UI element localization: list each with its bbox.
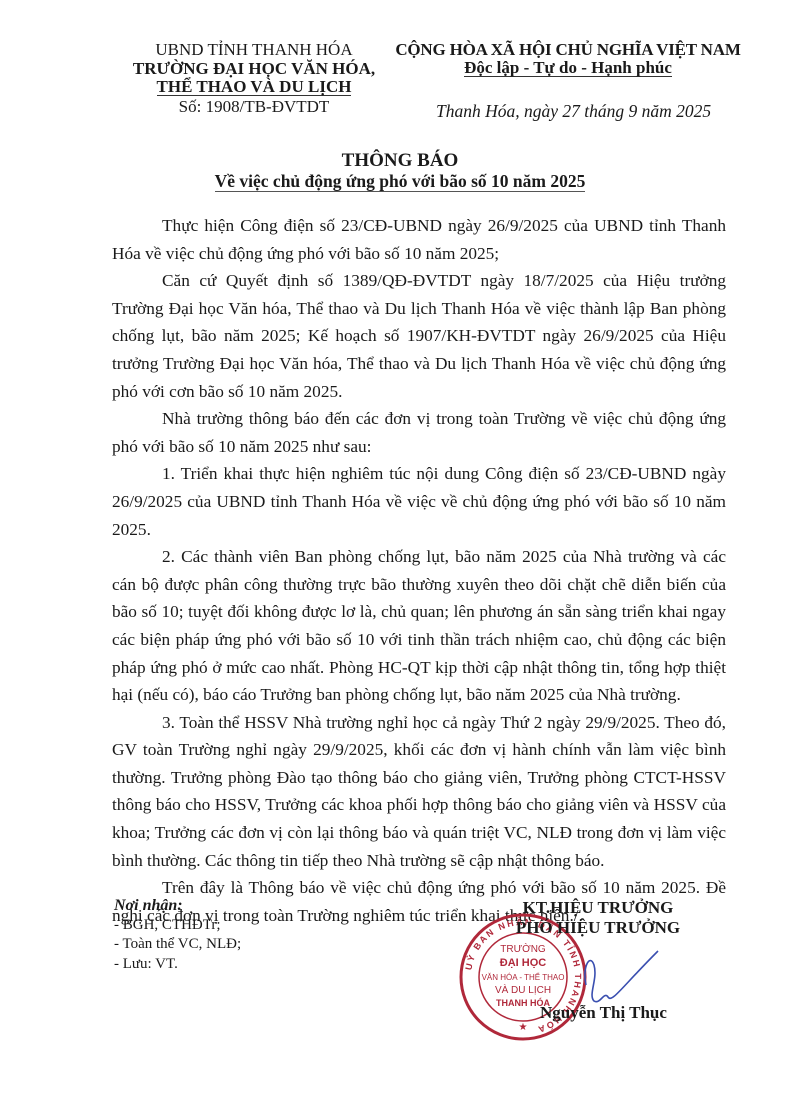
nation-name: CỘNG HÒA XÃ HỘI CHỦ NGHĨA VIỆT NAM — [388, 40, 748, 59]
recipient-item: - BGH, CTHĐTr; — [114, 916, 241, 936]
paragraph-item-2: 2. Các thành viên Ban phòng chống lụt, b… — [112, 543, 726, 709]
svg-text:★: ★ — [519, 1022, 528, 1033]
svg-text:ĐẠI HỌC: ĐẠI HỌC — [500, 957, 547, 969]
document-body: Thực hiện Công điện số 23/CĐ-UBND ngày 2… — [112, 212, 726, 929]
place-and-date: Thanh Hóa, ngày 27 tháng 9 năm 2025 — [436, 101, 711, 122]
document-title: THÔNG BÁO — [0, 150, 800, 172]
svg-text:VÀ DU LỊCH: VÀ DU LỊCH — [495, 983, 551, 996]
paragraph-item-3: 3. Toàn thể HSSV Nhà trường nghỉ học cả … — [112, 709, 726, 875]
signing-capacity: KT.HIỆU TRƯỞNG — [498, 898, 698, 918]
organization-name-line2: THỂ THAO VÀ DU LỊCH — [157, 78, 352, 96]
authority-name: UBND TỈNH THANH HÓA — [104, 40, 404, 59]
national-heading-block: CỘNG HÒA XÃ HỘI CHỦ NGHĨA VIỆT NAM Độc l… — [388, 40, 748, 78]
document-number: Số: 1908/TB-ĐVTDT — [104, 97, 404, 116]
recipients-block: Nơi nhận: - BGH, CTHĐTr; - Toàn thể VC, … — [114, 896, 241, 974]
paragraph-basis: Căn cứ Quyết định số 1389/QĐ-ĐVTDT ngày … — [112, 267, 726, 405]
paragraph-item-1: 1. Triển khai thực hiện nghiêm túc nội d… — [112, 460, 726, 543]
svg-text:VĂN HÓA - THỂ THAO: VĂN HÓA - THỂ THAO — [482, 973, 565, 982]
organization-name-line1: TRƯỜNG ĐẠI HỌC VĂN HÓA, — [104, 59, 404, 78]
signer-name: Nguyễn Thị Thục — [540, 1003, 667, 1023]
paragraph-preamble: Thực hiện Công điện số 23/CĐ-UBND ngày 2… — [112, 212, 726, 267]
paragraph-intro: Nhà trường thông báo đến các đơn vị tron… — [112, 405, 726, 460]
recipients-label: Nơi nhận: — [114, 896, 241, 916]
subtitle-text: Về việc chủ động ứng phó với bão số 10 n… — [215, 171, 586, 192]
signature-block: KT.HIỆU TRƯỞNG PHÓ HIỆU TRƯỞNG — [498, 898, 698, 938]
national-motto: Độc lập - Tự do - Hạnh phúc — [464, 59, 672, 77]
signer-title: PHÓ HIỆU TRƯỞNG — [498, 918, 698, 938]
recipient-item: - Lưu: VT. — [114, 955, 241, 975]
recipient-item: - Toàn thể VC, NLĐ; — [114, 935, 241, 955]
svg-text:TRƯỜNG: TRƯỜNG — [500, 942, 546, 955]
document-subtitle: Về việc chủ động ứng phó với bão số 10 n… — [0, 171, 800, 192]
issuing-authority-block: UBND TỈNH THANH HÓA TRƯỜNG ĐẠI HỌC VĂN H… — [104, 40, 404, 116]
